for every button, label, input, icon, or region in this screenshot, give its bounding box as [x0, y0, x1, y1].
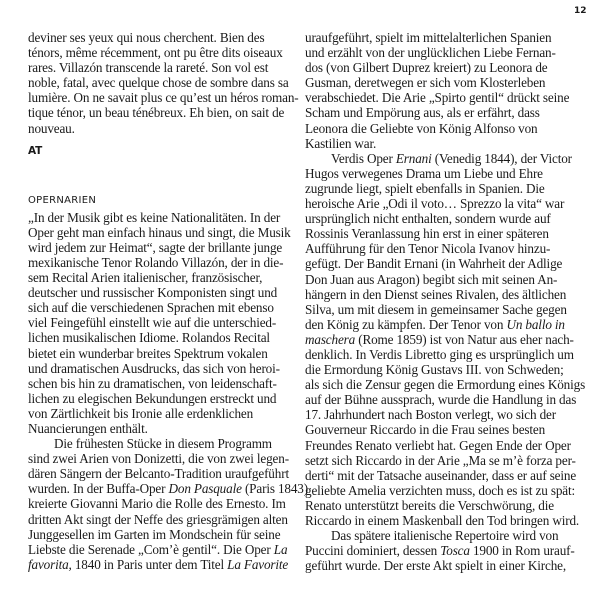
text-line: Oper geht man einfach hinaus und singt, … — [28, 225, 292, 240]
right-column: uraufgeführt, spielt im mittelalterliche… — [305, 30, 573, 573]
text-run: 1840 in Paris unter dem Titel — [72, 557, 227, 572]
text-line: Gusman, deretwegen er sich vom Klosterle… — [305, 75, 573, 90]
text-line: ursprünglich nicht enthalten, sondern wu… — [305, 211, 573, 226]
text-line: Freundes Renato verliebt hat. Gegen Ende… — [305, 438, 573, 453]
text-line: derti“ mit der Tatsache auseinander, das… — [305, 468, 573, 483]
text-line: kreierte Giovanni Mario die Rolle des Er… — [28, 496, 292, 511]
text-line: sich auf die verschiedenen Sprachen mit … — [28, 300, 292, 315]
opera-title: favorita, — [28, 557, 72, 572]
text-line: sem Recital Arien italienischer, französ… — [28, 270, 292, 285]
text-line: von Zärtlichkeit bis Ironie alle erdenkl… — [28, 406, 292, 421]
text-line: bietet ein wunderbar breites Spektrum vo… — [28, 346, 292, 361]
text-line: als sich die Zensur gegen die Ermordung … — [305, 377, 573, 392]
text-line: wurden. In der Buffa-Oper Don Pasquale (… — [28, 481, 292, 496]
opera-title: La Favorite — [227, 557, 288, 572]
text-line: lumière. On ne savait plus ce qu’est un … — [28, 90, 292, 105]
text-line: favorita, 1840 in Paris unter dem Titel … — [28, 557, 292, 572]
text-line: Renato unterstützt bereits die Verschwör… — [305, 498, 573, 513]
text-line: und dramatischen Ausdrucks, das sich von… — [28, 361, 292, 376]
text-line: geliebte Amelia verzichten muss, doch es… — [305, 483, 573, 498]
text-line: dären Sängern der Belcanto-Tradition ura… — [28, 466, 292, 481]
text-line: gefügt. Der Bandit Ernani (in Wahrheit d… — [305, 256, 573, 271]
text-line: Rossinis Veranlassung hin erst in einer … — [305, 226, 573, 241]
page-number: 12 — [574, 6, 587, 16]
text-line: noble, fatal, avec quelque chose de somb… — [28, 75, 292, 90]
paragraph-2: Die frühesten Stücke in diesem Programm … — [28, 436, 292, 572]
text-run: Verdis Oper — [331, 151, 396, 166]
text-line: Verdis Oper Ernani (Venedig 1844), der V… — [305, 151, 573, 166]
text-line: Leonora die Geliebte von König Alfonso v… — [305, 121, 573, 136]
text-line: auf der Bühne aussprach, wurde die Handl… — [305, 392, 573, 407]
text-line: deviner ses yeux qui nous cherchent. Bie… — [28, 30, 292, 45]
text-line: tique ténor, un beau ténébreux. Eh bien,… — [28, 105, 292, 120]
text-line: die Ermordung König Gustavs III. von Sch… — [305, 362, 573, 377]
text-line: dritten Akt singt der Neffe des griesgrä… — [28, 512, 292, 527]
text-line: schen bis hin zu dramatischen, von leide… — [28, 376, 292, 391]
opera-title: maschera — [305, 332, 355, 347]
text-line: Aufführung für den Tenor Nicola Ivanov h… — [305, 241, 573, 256]
text-run: wurden. In der Buffa-Oper — [28, 481, 169, 496]
text-line: verabschiedet. Die Arie „Spirto gentil“ … — [305, 90, 573, 105]
text-line: Scham und Empörung aus, als er erfährt, … — [305, 105, 573, 120]
text-line: lichen musikalischen Idiome. Rolandos Re… — [28, 330, 292, 345]
text-line: Nuancierungen enthält. — [28, 421, 292, 436]
text-line: Riccardo in einem Maskenball den Tod bri… — [305, 513, 573, 528]
intro-paragraph: deviner ses yeux qui nous cherchent. Bie… — [28, 30, 292, 136]
text-line: dos (von Gilbert Duprez kreiert) zu Leon… — [305, 60, 573, 75]
text-line: Don Juan aus Aragon) begibt sich mit sei… — [305, 272, 573, 287]
text-line: und erzählt von der unglücklichen Liebe … — [305, 45, 573, 60]
text-line: Liebste die Serenade „Com’è gentil“. Die… — [28, 542, 292, 557]
opera-title: Don Pasquale — [169, 481, 242, 496]
text-line: Hugos verwegenes Drama um Liebe und Ehre — [305, 166, 573, 181]
opera-title: Ernani — [396, 151, 432, 166]
text-run: (Paris 1843) — [242, 481, 308, 496]
text-line: Puccini dominiert, dessen Tosca 1900 in … — [305, 543, 573, 558]
text-line: zugrunde liegt, spielt ebenfalls in Span… — [305, 181, 573, 196]
text-line: Gouverneur Riccardo in die Frau seines b… — [305, 422, 573, 437]
text-line: heroische Arie „Odi il voto… Sprezzo la … — [305, 196, 573, 211]
text-line: den König zu kämpfen. Der Tenor von Un b… — [305, 317, 573, 332]
text-line: viel Feingefühl einstellt wie auf die un… — [28, 315, 292, 330]
text-line: Die frühesten Stücke in diesem Programm — [28, 436, 292, 451]
text-line: maschera (Rome 1859) ist von Natur aus e… — [305, 332, 573, 347]
section-heading: OPERNARIEN — [28, 193, 292, 210]
text-line: uraufgeführt, spielt im mittelalterliche… — [305, 30, 573, 45]
text-line: deutscher und russischer Komponisten sin… — [28, 285, 292, 300]
text-line: geführt wurde. Der erste Akt spielt in e… — [305, 558, 573, 573]
text-run: den König zu kämpfen. Der Tenor von — [305, 317, 506, 332]
text-line: lichen zu elegischen Bekundungen erstrec… — [28, 391, 292, 406]
text-run: Liebste die Serenade „Com’è gentil“. Die… — [28, 542, 274, 557]
text-run: (Venedig 1844), der Victor — [432, 151, 572, 166]
text-line: 17. Jahrhundert nach Boston verlegt, wo … — [305, 407, 573, 422]
text-line: denklich. In Verdis Libretto ging es urs… — [305, 347, 573, 362]
text-line: ténors, même récemment, ont pu être dits… — [28, 45, 292, 60]
text-run: Puccini dominiert, dessen — [305, 543, 440, 558]
text-line: sind zwei Arien von Donizetti, die von z… — [28, 451, 292, 466]
paragraph-1: „In der Musik gibt es keine Nationalität… — [28, 210, 292, 436]
opera-title: Un ballo in — [506, 317, 564, 332]
text-line: rares. Villazón transcende la rareté. So… — [28, 60, 292, 75]
text-line: setzt sich Riccardo in der Arie „Ma se m… — [305, 453, 573, 468]
text-line: hängern in den Dienst seines Rivalen, de… — [305, 287, 573, 302]
text-line: Das spätere italienische Repertoire wird… — [305, 528, 573, 543]
text-line: Silva, um mit diesem in gemeinsamer Sach… — [305, 302, 573, 317]
text-line: wird jedem zur Heimat“, sagte der brilla… — [28, 240, 292, 255]
text-line: Kastilien war. — [305, 136, 573, 151]
opera-title: Tosca — [440, 543, 470, 558]
text-line: Junggesellen im Garten im Mondschein für… — [28, 527, 292, 542]
author-signature: AT — [28, 144, 292, 159]
text-line: mexikanische Tenor Rolando Villazón, der… — [28, 255, 292, 270]
text-line: nouveau. — [28, 121, 292, 136]
opera-title: La — [274, 542, 288, 557]
text-line: „In der Musik gibt es keine Nationalität… — [28, 210, 292, 225]
left-column: deviner ses yeux qui nous cherchent. Bie… — [28, 30, 292, 572]
text-run: 1900 in Rom urauf- — [470, 543, 575, 558]
text-run: (Rome 1859) ist von Natur aus eher nach- — [355, 332, 574, 347]
